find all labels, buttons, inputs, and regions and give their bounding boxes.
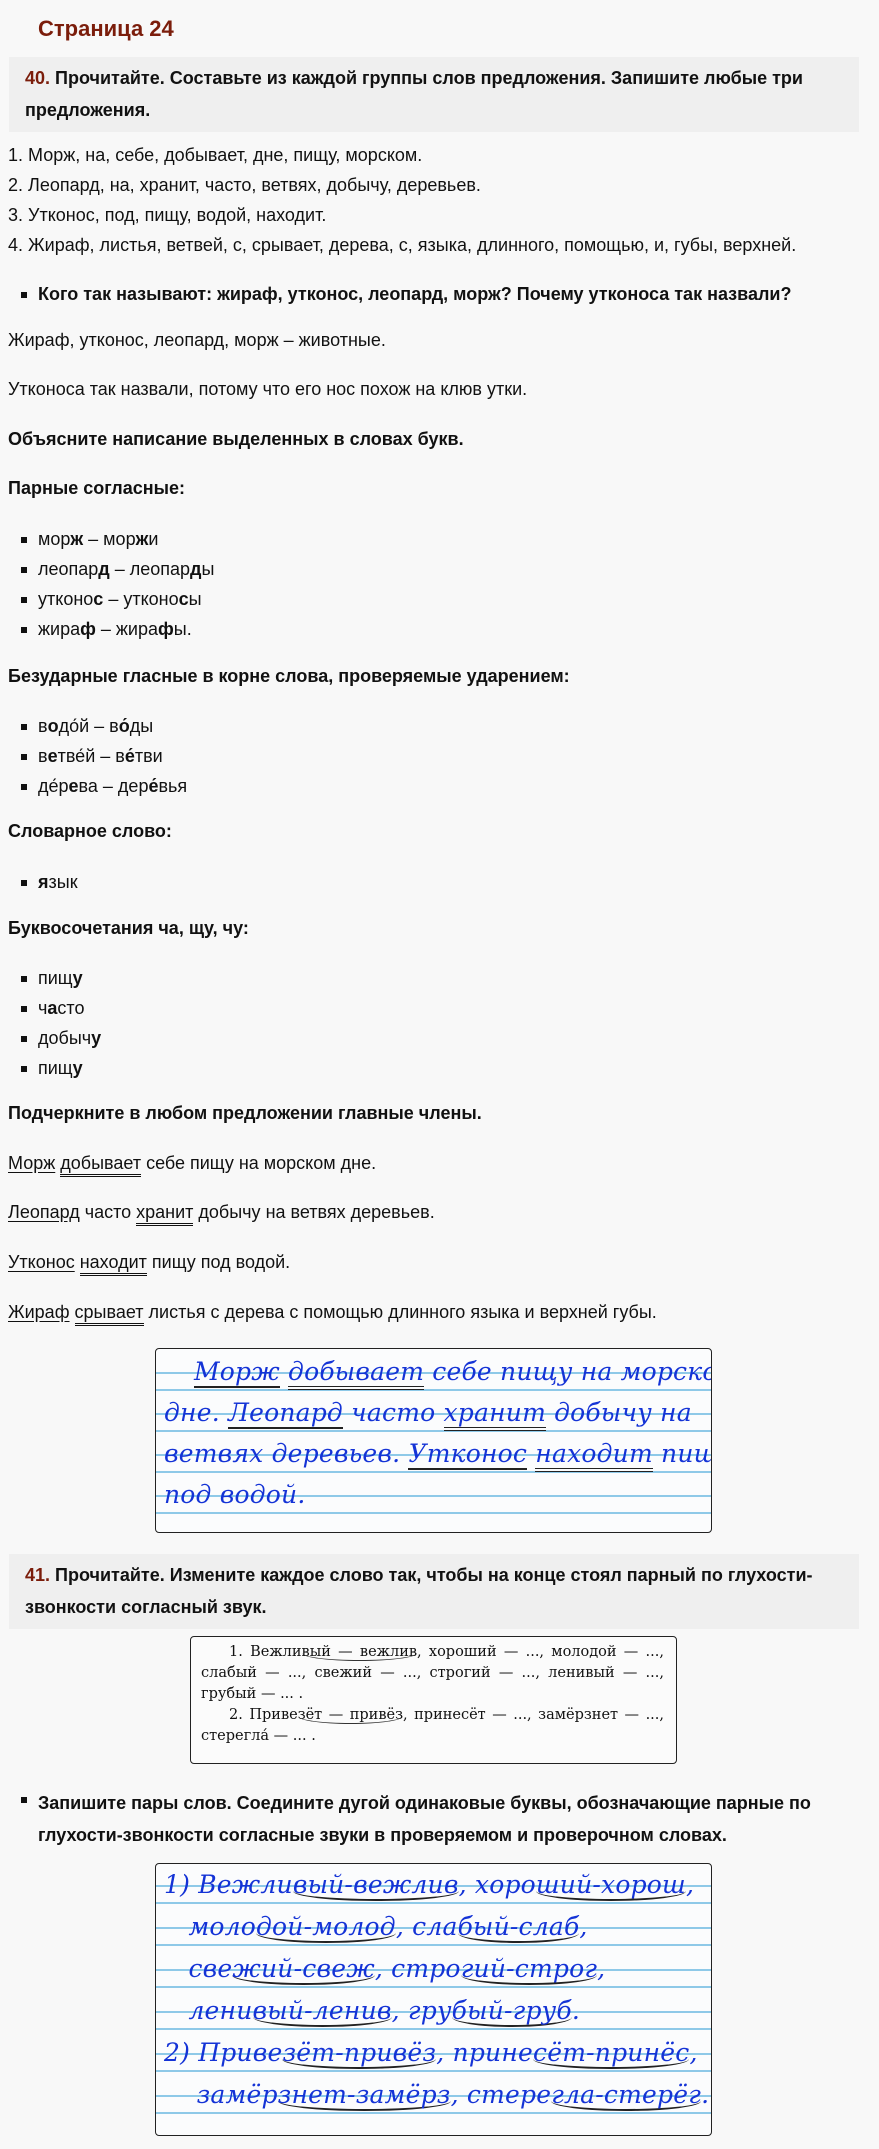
question: Кого так называют: жираф, утконос, леопа… xyxy=(38,282,791,306)
underline-heading: Подчеркните в любом предложении главные … xyxy=(8,1102,482,1124)
list-item: 2. Леопард, на, хранит, часто, ветвях, д… xyxy=(8,170,796,200)
task-text: Прочитайте. Составьте из каждой группы с… xyxy=(25,68,803,120)
list-item: ветве́й – ве́тви xyxy=(38,741,187,771)
handwritten-line: Морж добывает себе пищу на морском xyxy=(164,1357,703,1386)
list-item: пищу xyxy=(38,1053,101,1083)
sentence: Морж добывает себе пищу на морском дне. xyxy=(8,1152,376,1174)
handwritten-line: 2) Привезёт-привёз, принесёт-принёс, xyxy=(164,2038,703,2067)
answer-2: Утконоса так назвали, потому что его нос… xyxy=(8,378,527,400)
list-item: пищу xyxy=(38,963,101,993)
paired-list: морж – моржи леопард – леопарды утконос … xyxy=(38,524,214,644)
sentence: Утконос находит пищу под водой. xyxy=(8,1251,290,1273)
handwritten-line: под водой. xyxy=(164,1480,703,1509)
handwritten-line: свежий-свеж, строгий-строг, xyxy=(164,1954,703,1983)
instruction: Запишите пары слов. Соедините дугой один… xyxy=(38,1787,858,1851)
list-item: де́рева – дере́вья xyxy=(38,771,187,801)
list-item: утконос – утконосы xyxy=(38,584,214,614)
excerpt-paragraph: 1. Вежливый — вежлив, хороший — ..., мол… xyxy=(201,1642,664,1705)
handwritten-answer-41: 1) Вежливый-вежлив, хороший-хорош, молод… xyxy=(155,1863,712,2136)
combos-list: пищу часто добычу пищу xyxy=(38,963,101,1083)
list-item: 3. Утконос, под, пищу, водой, находит. xyxy=(8,200,796,230)
textbook-excerpt: 1. Вежливый — вежлив, хороший — ..., мол… xyxy=(190,1636,677,1764)
paired-heading: Парные согласные: xyxy=(8,477,185,499)
excerpt-paragraph: 2. Привезёт — привёз, принесёт — ..., за… xyxy=(201,1705,664,1747)
word-groups-list: 1. Морж, на, себе, добывает, дне, пищу, … xyxy=(8,140,796,260)
dictionary-heading: Словарное слово: xyxy=(8,820,172,842)
handwritten-line: ленивый-ленив, грубый-груб. xyxy=(164,1996,703,2025)
list-item: часто xyxy=(38,993,101,1023)
task-40-header: 40. Прочитайте. Составьте из каждой груп… xyxy=(9,57,859,132)
sentence: Леопард часто хранит добычу на ветвях де… xyxy=(8,1201,435,1223)
list-item: морж – моржи xyxy=(38,524,214,554)
handwritten-answer-40: Морж добывает себе пищу на морском дне. … xyxy=(155,1348,712,1533)
handwritten-line: ветвях деревьев. Утконос находит пищу xyxy=(164,1439,703,1468)
instruction-list: Запишите пары слов. Соедините дугой один… xyxy=(38,1787,858,1851)
list-item: 1. Морж, на, себе, добывает, дне, пищу, … xyxy=(8,140,796,170)
handwritten-line: замёрзнет-замёрз, стерегла-стерёг. xyxy=(164,2080,703,2109)
unstressed-heading: Безударные гласные в корне слова, провер… xyxy=(8,665,570,687)
handwritten-line: молодой-молод, слабый-слаб, xyxy=(164,1912,703,1941)
task-number: 40. xyxy=(25,68,50,88)
list-item: жираф – жирафы. xyxy=(38,614,214,644)
list-item: леопард – леопарды xyxy=(38,554,214,584)
answer-1: Жираф, утконос, леопард, морж – животные… xyxy=(8,329,386,351)
sentence: Жираф срывает листья с дерева с помощью … xyxy=(8,1301,657,1323)
question-list: Кого так называют: жираф, утконос, леопа… xyxy=(38,282,791,306)
page-title: Страница 24 xyxy=(38,16,174,42)
list-item: язык xyxy=(38,867,78,897)
list-item: 4. Жираф, листья, ветвей, с, срывает, де… xyxy=(8,230,796,260)
handwritten-line: 1) Вежливый-вежлив, хороший-хорош, xyxy=(164,1870,703,1899)
explain-heading: Объясните написание выделенных в словах … xyxy=(8,428,464,450)
unstressed-list: водо́й – во́ды ветве́й – ве́тви де́рева … xyxy=(38,711,187,801)
handwritten-line: дне. Леопард часто хранит добычу на xyxy=(164,1398,703,1427)
task-number: 41. xyxy=(25,1565,50,1585)
list-item: добычу xyxy=(38,1023,101,1053)
combos-heading: Буквосочетания ча, щу, чу: xyxy=(8,917,249,939)
dictionary-list: язык xyxy=(38,867,78,897)
task-text: Прочитайте. Измените каждое слово так, ч… xyxy=(25,1565,813,1617)
task-41-header: 41. Прочитайте. Измените каждое слово та… xyxy=(9,1554,859,1629)
list-item: водо́й – во́ды xyxy=(38,711,187,741)
